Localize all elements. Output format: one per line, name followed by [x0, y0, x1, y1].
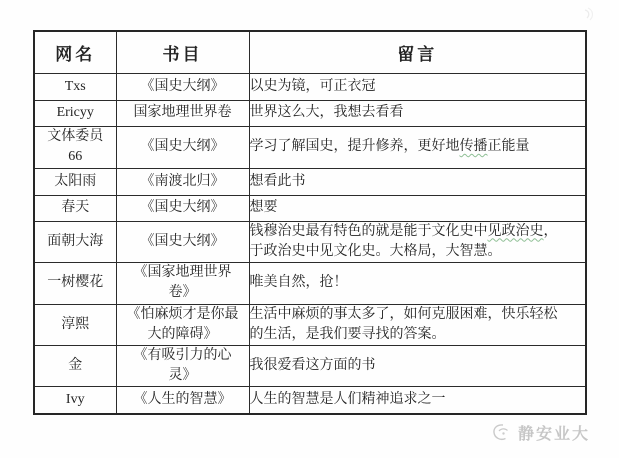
table-row: 淳熙《怕麻烦才是你最大的障碍》生活中麻烦的事太多了，如何克服困难，快乐轻松的生活… [34, 304, 586, 345]
watermark: 静安业大 [491, 421, 590, 444]
cell-book-title: 《南渡北归》 [116, 168, 249, 195]
cell-netname: 太阳雨 [34, 168, 116, 195]
cell-netname: Txs [34, 73, 116, 100]
cell-book-title: 《国家地理世界卷》 [116, 262, 249, 304]
table-header: 网名书目留言 [34, 31, 586, 73]
column-header-1: 书目 [116, 31, 249, 73]
cell-netname: 金 [34, 345, 116, 386]
cell-message: 唯美自然，抢！ [249, 262, 586, 304]
cell-book-title: 国家地理世界卷 [116, 100, 249, 126]
table-row: 面朝大海《国史大纲》钱穆治史最有特色的就是能于文化史中见政治史，于政治史中见文化… [34, 221, 586, 262]
table-body: Txs《国史大纲》以史为镜，可正衣冠Ericyy国家地理世界卷世界这么大，我想去… [34, 73, 586, 414]
cell-netname: 文体委员66 [34, 126, 116, 168]
header-row: 网名书目留言 [34, 31, 586, 73]
cell-netname: 春天 [34, 195, 116, 221]
cell-netname: Ivy [34, 386, 116, 414]
corner-ripple-artifact [575, 6, 595, 26]
watermark-text: 静安业大 [518, 421, 590, 444]
cell-netname: 面朝大海 [34, 221, 116, 262]
column-header-2: 留言 [249, 31, 586, 73]
cell-book-title: 《有吸引力的心灵》 [116, 345, 249, 386]
reader-feedback-table: 网名书目留言 Txs《国史大纲》以史为镜，可正衣冠Ericyy国家地理世界卷世界… [33, 30, 587, 415]
table-row: 一树樱花《国家地理世界卷》唯美自然，抢！ [34, 262, 586, 304]
table-row: Txs《国史大纲》以史为镜，可正衣冠 [34, 73, 586, 100]
brand-logo-icon [491, 423, 513, 443]
cell-book-title: 《怕麻烦才是你最大的障碍》 [116, 304, 249, 345]
table-row: 文体委员66《国史大纲》学习了解国史，提升修养，更好地传播正能量 [34, 126, 586, 168]
column-header-0: 网名 [34, 31, 116, 73]
table-row: Ivy《人生的智慧》人生的智慧是人们精神追求之一 [34, 386, 586, 414]
cell-message: 想要 [249, 195, 586, 221]
cell-message: 我很爱看这方面的书 [249, 345, 586, 386]
cell-message: 学习了解国史，提升修养，更好地传播正能量 [249, 126, 586, 168]
cell-message: 世界这么大，我想去看看 [249, 100, 586, 126]
cell-book-title: 《人生的智慧》 [116, 386, 249, 414]
cell-message: 想看此书 [249, 168, 586, 195]
cell-book-title: 《国史大纲》 [116, 73, 249, 100]
table-row: 春天《国史大纲》想要 [34, 195, 586, 221]
cell-message: 以史为镜，可正衣冠 [249, 73, 586, 100]
cell-netname: 一树樱花 [34, 262, 116, 304]
cell-netname: 淳熙 [34, 304, 116, 345]
cell-book-title: 《国史大纲》 [116, 195, 249, 221]
cell-message: 钱穆治史最有特色的就是能于文化史中见政治史，于政治史中见文化史。大格局，大智慧。 [249, 221, 586, 262]
cell-netname: Ericyy [34, 100, 116, 126]
table-row: 太阳雨《南渡北归》想看此书 [34, 168, 586, 195]
cell-message: 人生的智慧是人们精神追求之一 [249, 386, 586, 414]
cell-book-title: 《国史大纲》 [116, 126, 249, 168]
screenshot-root: 网名书目留言 Txs《国史大纲》以史为镜，可正衣冠Ericyy国家地理世界卷世界… [0, 0, 619, 458]
cell-book-title: 《国史大纲》 [116, 221, 249, 262]
grammar-underline: 见政治史 [488, 224, 544, 239]
table-row: 金《有吸引力的心灵》我很爱看这方面的书 [34, 345, 586, 386]
cell-message: 生活中麻烦的事太多了，如何克服困难，快乐轻松的生活，是我们要寻找的答案。 [249, 304, 586, 345]
grammar-underline: 传播 [460, 139, 488, 154]
table-row: Ericyy国家地理世界卷世界这么大，我想去看看 [34, 100, 586, 126]
